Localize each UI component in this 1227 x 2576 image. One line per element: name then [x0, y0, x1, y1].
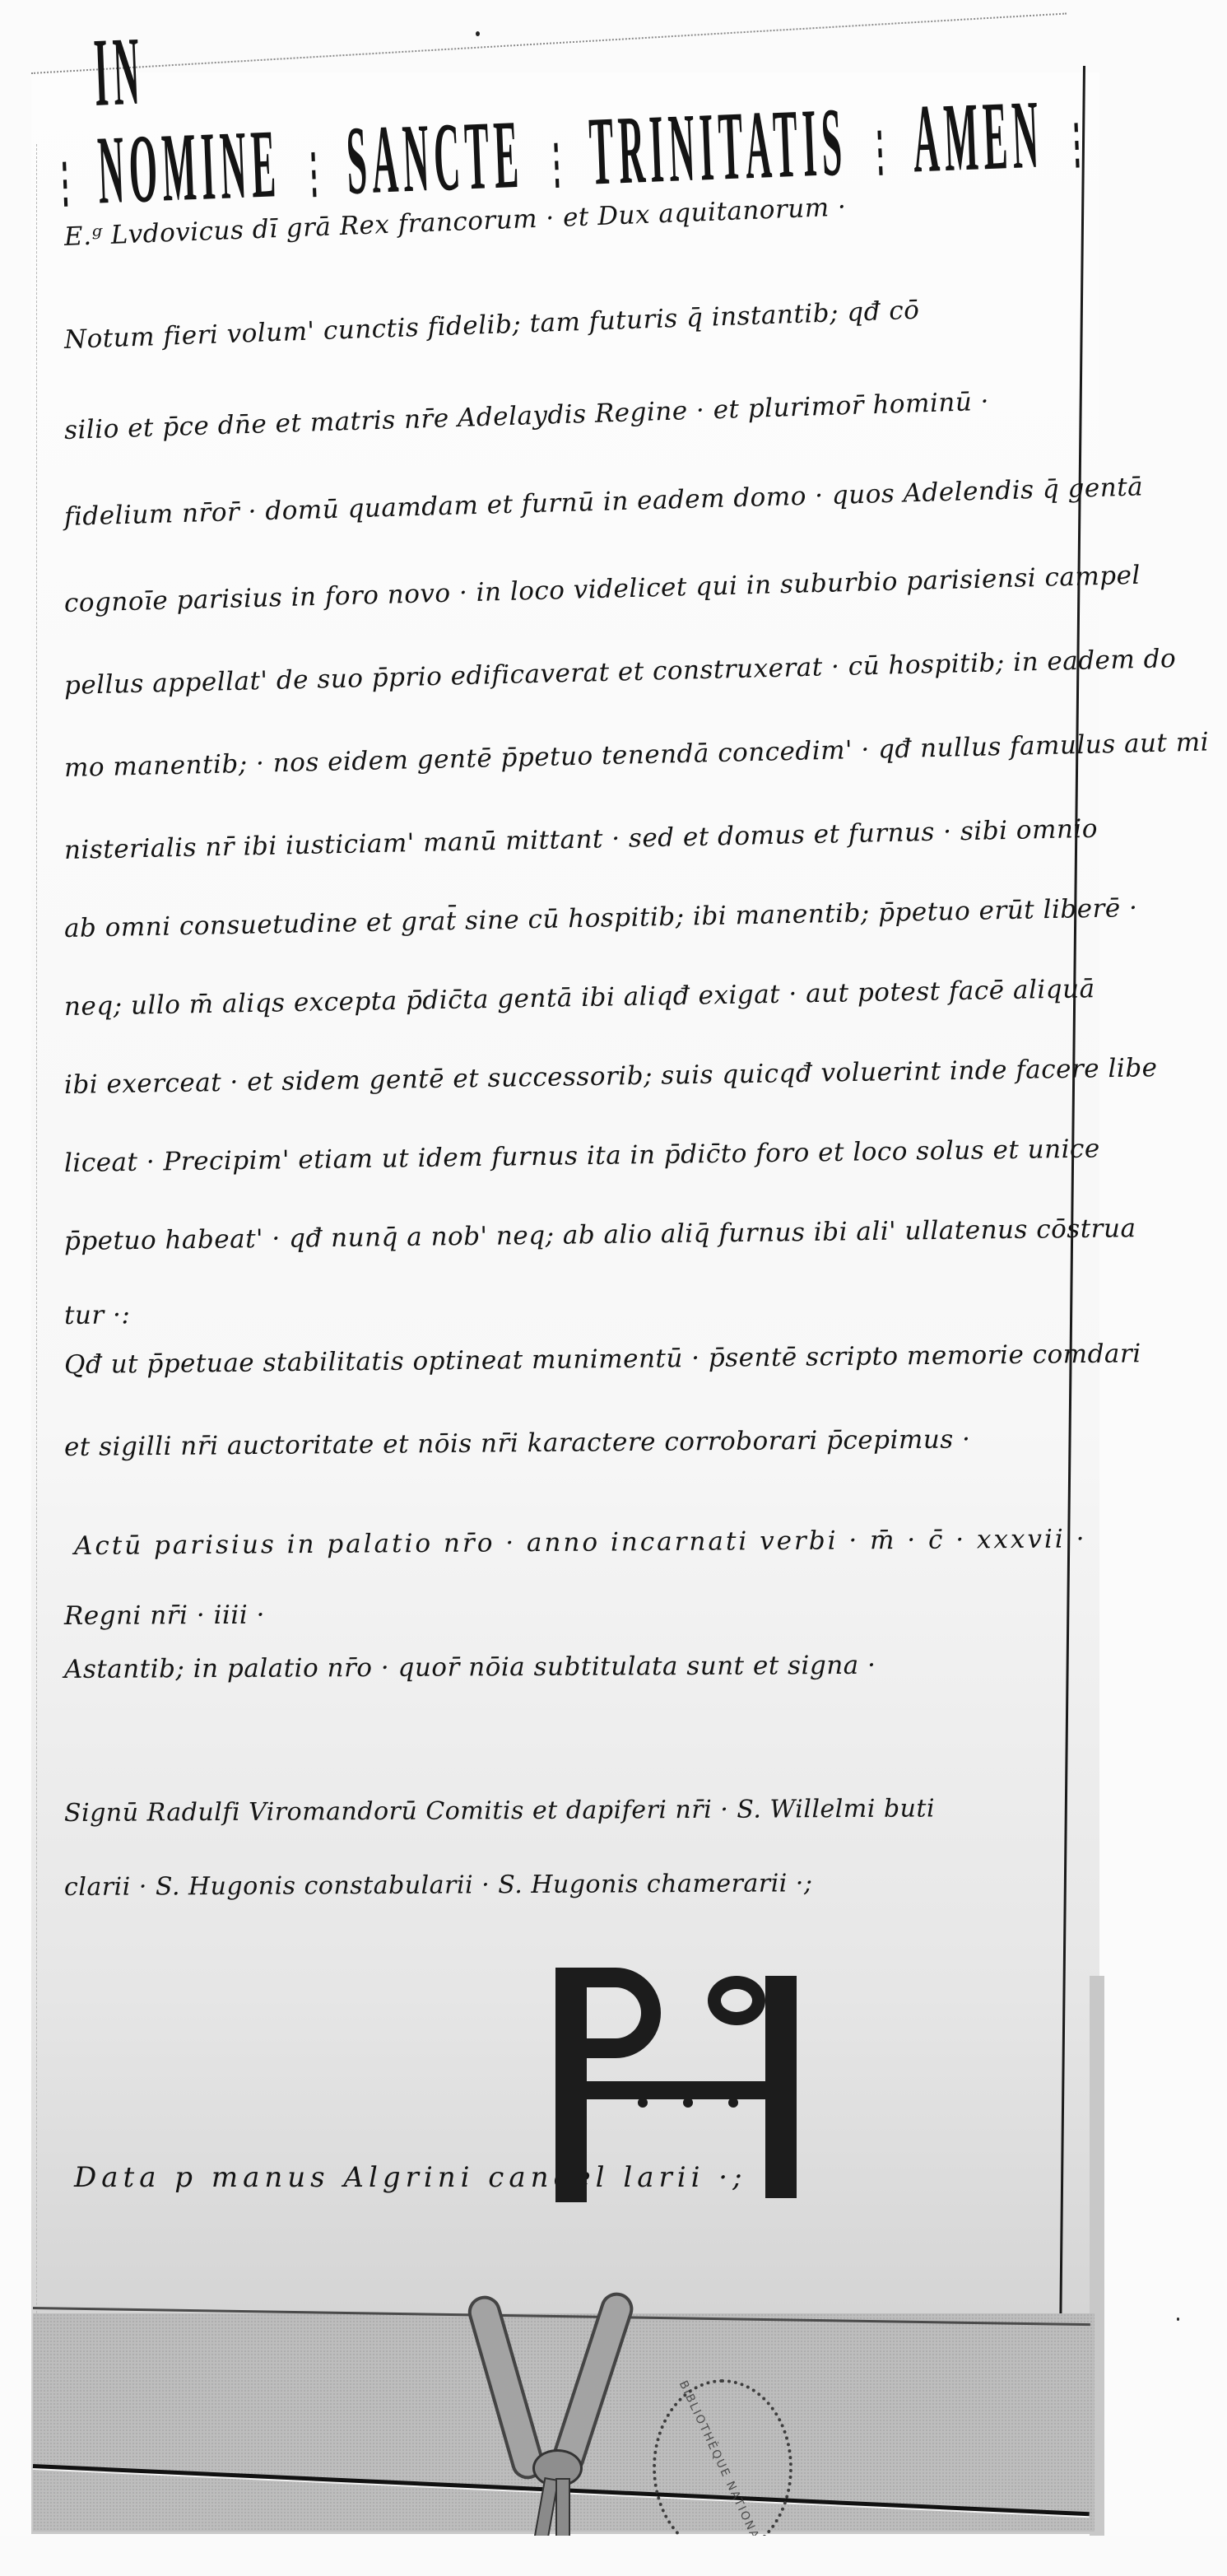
- monogram-bead: [728, 2098, 738, 2108]
- page-bottom-margin: [0, 2536, 1227, 2576]
- monogram-p-bowl: [579, 1968, 661, 2058]
- monogram-right-stem: [765, 1976, 797, 2198]
- sheet-left-edge: [36, 144, 38, 2532]
- royal-monogram: [523, 1968, 827, 2202]
- monogram-o: [708, 1976, 765, 2025]
- invocation-separator: ⁝: [874, 118, 887, 190]
- library-stamp-text: BIBLIOTHÈQUE NATIONALE: [676, 2378, 769, 2557]
- stray-mark: [1177, 2317, 1179, 2321]
- invocation-word-1: IN NOMINE: [92, 18, 282, 221]
- charter-text-line: Regni nr̄i · iiii ·: [64, 1600, 265, 1631]
- monogram-bead: [683, 2098, 693, 2108]
- invocation-separator: ⁝: [58, 149, 72, 221]
- monogram-crossbar: [587, 2081, 768, 2099]
- invocation-separator: ⁝: [551, 131, 564, 203]
- library-stamp: BIBLIOTHÈQUE NATIONALE: [653, 2379, 792, 2556]
- charter-text-line: tur ·:: [64, 1300, 131, 1330]
- invocation-word-2: SANCTE: [345, 107, 525, 212]
- stray-mark: [476, 31, 480, 36]
- invocation-word-4: AMEN: [911, 86, 1045, 189]
- charter-text-line: clarii · S. Hugonis constabularii · S. H…: [64, 1869, 813, 1902]
- charter-text-line: Astantib; in palatio nr̄o · quor̄ nōia s…: [64, 1651, 876, 1684]
- seal-cord-tail: [555, 2478, 570, 2539]
- charter-text-line: Signū Radulfi Viromandorū Comitis et dap…: [64, 1794, 935, 1828]
- invocation-separator: ⁝: [308, 140, 321, 212]
- invocation-word-3: TRINITATIS: [588, 94, 848, 202]
- monogram-bead: [638, 2098, 648, 2108]
